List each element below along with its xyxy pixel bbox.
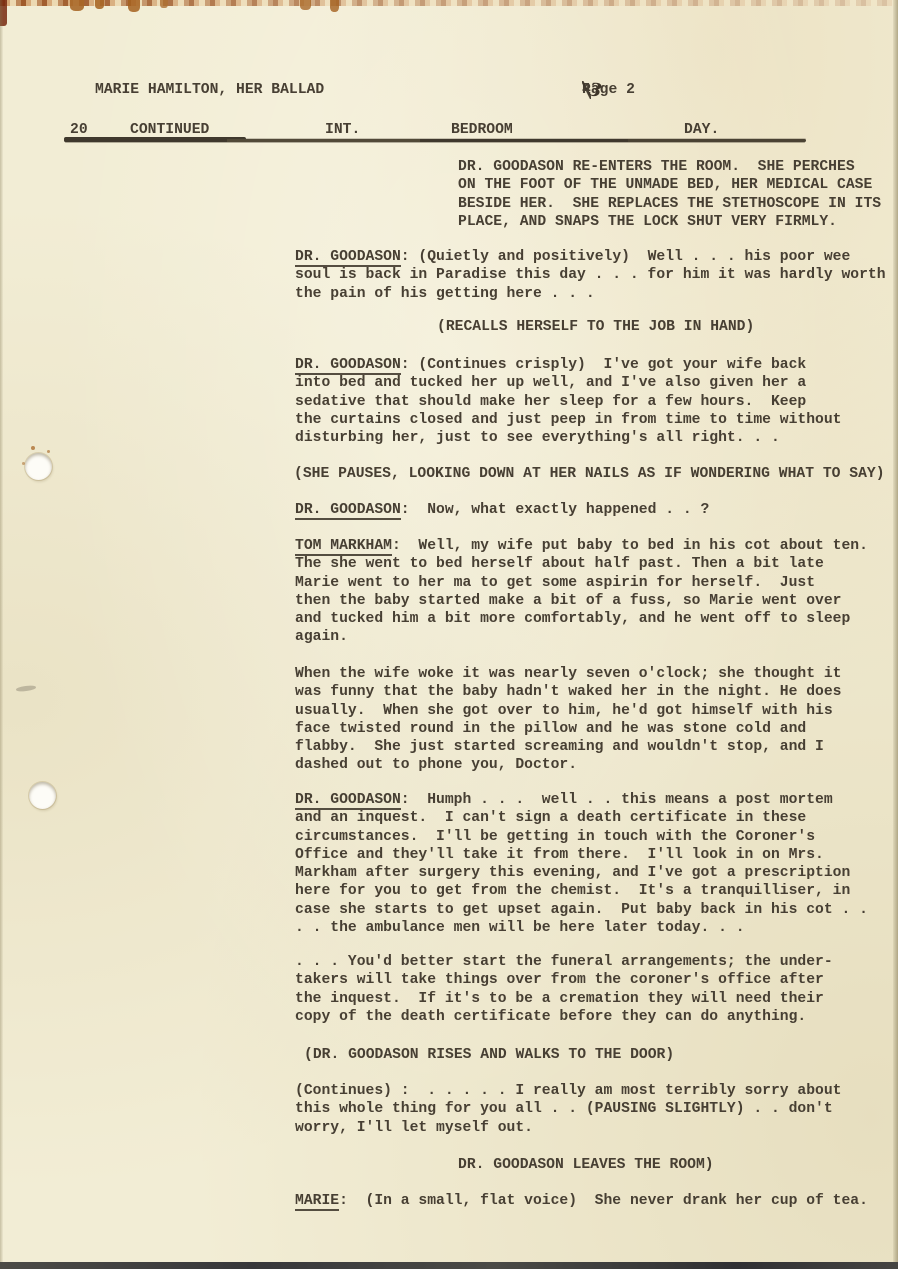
- dialogue-goodason-1: DR. GOODASON: (Quietly and positively) W…: [295, 248, 886, 303]
- script-line: Office and they'll take it from there. I…: [295, 846, 868, 864]
- scene-location: BEDROOM: [451, 121, 513, 139]
- speaker-name: DR. GOODASON: [295, 357, 401, 375]
- script-line: the curtains closed and just peep in fro…: [295, 411, 841, 429]
- dialogue-text: : (Quietly and positively) Well . . . hi…: [401, 249, 851, 265]
- script-line: TOM MARKHAM: Well, my wife put baby to b…: [295, 537, 868, 555]
- script-line: Marie went to her ma to get some aspirin…: [295, 574, 868, 592]
- script-line: BESIDE HER. SHE REPLACES THE STETHOSCOPE…: [458, 195, 881, 213]
- dialogue-text: : (In a small, flat voice) She never dra…: [339, 1193, 868, 1209]
- punch-hole-bottom: [29, 782, 56, 809]
- script-line: (Continues) : . . . . . I really am most…: [295, 1082, 841, 1100]
- script-line: usually. When she got over to him, he'd …: [295, 702, 841, 720]
- rust-speck: [47, 450, 50, 453]
- script-line: Markham after surgery this evening, and …: [295, 864, 868, 882]
- rust-speck: [22, 462, 25, 465]
- dialogue-text: : Humph . . . well . . this means a post…: [401, 792, 833, 808]
- script-line: The she went to bed herself about half p…: [295, 555, 868, 573]
- script-line: worry, I'll let myself out.: [295, 1119, 841, 1137]
- dialogue-text: : Now, what exactly happened . . ?: [401, 502, 710, 518]
- script-line: . . the ambulance men will be here later…: [295, 919, 868, 937]
- script-line: MARIE: (In a small, flat voice) She neve…: [295, 1192, 868, 1210]
- script-line: the inquest. If it's to be a cremation t…: [295, 990, 833, 1008]
- rust-stain-blob: [95, 0, 104, 9]
- script-line: (RECALLS HERSELF TO THE JOB IN HAND): [437, 318, 754, 336]
- script-line: ON THE FOOT OF THE UNMADE BED, HER MEDIC…: [458, 176, 881, 194]
- script-line: When the wife woke it was nearly seven o…: [295, 665, 841, 683]
- dialogue-goodason-3: DR. GOODASON: Now, what exactly happened…: [295, 501, 709, 519]
- bottom-scan-edge: [0, 1262, 898, 1269]
- rust-speck: [31, 446, 35, 450]
- stage-note-rises: (DR. GOODASON RISES AND WALKS TO THE DOO…: [304, 1046, 674, 1064]
- script-line: here for you to get from the chemist. It…: [295, 882, 868, 900]
- script-line: and tucked him a bit more comfortably, a…: [295, 610, 868, 628]
- rust-stain-blob: [330, 0, 339, 12]
- script-line: into bed and tucked her up well, and I'v…: [295, 374, 841, 392]
- script-line: face twisted round in the pillow and he …: [295, 720, 841, 738]
- script-line: soul is back in Paradise this day . . . …: [295, 266, 886, 284]
- script-line: dashed out to phone you, Doctor.: [295, 756, 841, 774]
- left-page-edge: [0, 0, 3, 1269]
- dialogue-text: : Well, my wife put baby to bed in his c…: [392, 538, 868, 554]
- right-page-edge: [893, 0, 898, 1269]
- stage-direction: DR. GOODASON RE-ENTERS THE ROOM. SHE PER…: [458, 158, 881, 231]
- punch-hole-top: [25, 453, 52, 480]
- script-line: circumstances. I'll be getting in touch …: [295, 828, 868, 846]
- dialogue-goodason-5: . . . You'd better start the funeral arr…: [295, 953, 833, 1026]
- script-line: again.: [295, 628, 868, 646]
- script-title: MARIE HAMILTON, HER BALLAD: [95, 81, 324, 99]
- script-line: DR. GOODASON RE-ENTERS THE ROOM. SHE PER…: [458, 158, 881, 176]
- scene-int: INT.: [325, 121, 360, 139]
- rust-stain-blob: [300, 0, 311, 10]
- document-page: MARIE HAMILTON, HER BALLAD Page 243 20 C…: [0, 0, 898, 1269]
- script-line: . . . You'd better start the funeral arr…: [295, 953, 833, 971]
- scene-underline: [64, 139, 806, 142]
- dialogue-goodason-4: DR. GOODASON: Humph . . . well . . this …: [295, 791, 868, 937]
- script-line: flabby. She just started screaming and w…: [295, 738, 841, 756]
- rust-stain-blob: [160, 0, 168, 8]
- parenthetical-recalls: (RECALLS HERSELF TO THE JOB IN HAND): [437, 318, 754, 336]
- script-line: sedative that should make her sleep for …: [295, 393, 841, 411]
- script-line: PLACE, AND SNAPS THE LOCK SHUT VERY FIRM…: [458, 213, 881, 231]
- script-line: the pain of his getting here . . .: [295, 285, 886, 303]
- speaker-name: DR. GOODASON: [295, 792, 401, 810]
- scene-time: DAY.: [684, 121, 719, 139]
- speaker-name: MARIE: [295, 1193, 339, 1211]
- dialogue-goodason-2: DR. GOODASON: (Continues crisply) I've g…: [295, 356, 841, 447]
- pencil-smudge: [16, 685, 36, 692]
- script-line: and an inquest. I can't sign a death cer…: [295, 809, 868, 827]
- script-line: DR. GOODASON: (Continues crisply) I've g…: [295, 356, 841, 374]
- script-line: then the baby started make a bit of a fu…: [295, 592, 868, 610]
- speaker-name: TOM MARKHAM: [295, 538, 392, 556]
- stage-note-leaves: DR. GOODASON LEAVES THE ROOM): [458, 1156, 714, 1174]
- script-line: DR. GOODASON: (Quietly and positively) W…: [295, 248, 886, 266]
- script-line: this whole thing for you all . . (PAUSIN…: [295, 1100, 841, 1118]
- dialogue-text: : (Continues crisply) I've got your wife…: [401, 357, 806, 373]
- rust-stain-blob: [128, 0, 140, 12]
- dialogue-tom-markham-2: When the wife woke it was nearly seven o…: [295, 665, 841, 775]
- speaker-name: DR. GOODASON: [295, 249, 401, 267]
- script-line: was funny that the baby hadn't waked her…: [295, 683, 841, 701]
- script-line: disturbing her, just to see everything's…: [295, 429, 841, 447]
- script-line: copy of the death certificate before the…: [295, 1008, 833, 1026]
- script-line: DR. GOODASON: Humph . . . well . . this …: [295, 791, 868, 809]
- dialogue-marie: MARIE: (In a small, flat voice) She neve…: [295, 1192, 868, 1210]
- speaker-name: DR. GOODASON: [295, 502, 401, 520]
- stage-note-she-pauses: (SHE PAUSES, LOOKING DOWN AT HER NAILS A…: [294, 465, 885, 483]
- script-line: DR. GOODASON: Now, what exactly happened…: [295, 501, 709, 519]
- dialogue-tom-markham: TOM MARKHAM: Well, my wife put baby to b…: [295, 537, 868, 647]
- script-line: (SHE PAUSES, LOOKING DOWN AT HER NAILS A…: [294, 465, 885, 483]
- script-line: case she starts to get upset again. Put …: [295, 901, 868, 919]
- rust-stain-blob: [70, 0, 84, 11]
- dialogue-continues: (Continues) : . . . . . I really am most…: [295, 1082, 841, 1137]
- script-line: DR. GOODASON LEAVES THE ROOM): [458, 1156, 714, 1174]
- script-line: (DR. GOODASON RISES AND WALKS TO THE DOO…: [304, 1046, 674, 1064]
- script-line: takers will take things over from the co…: [295, 971, 833, 989]
